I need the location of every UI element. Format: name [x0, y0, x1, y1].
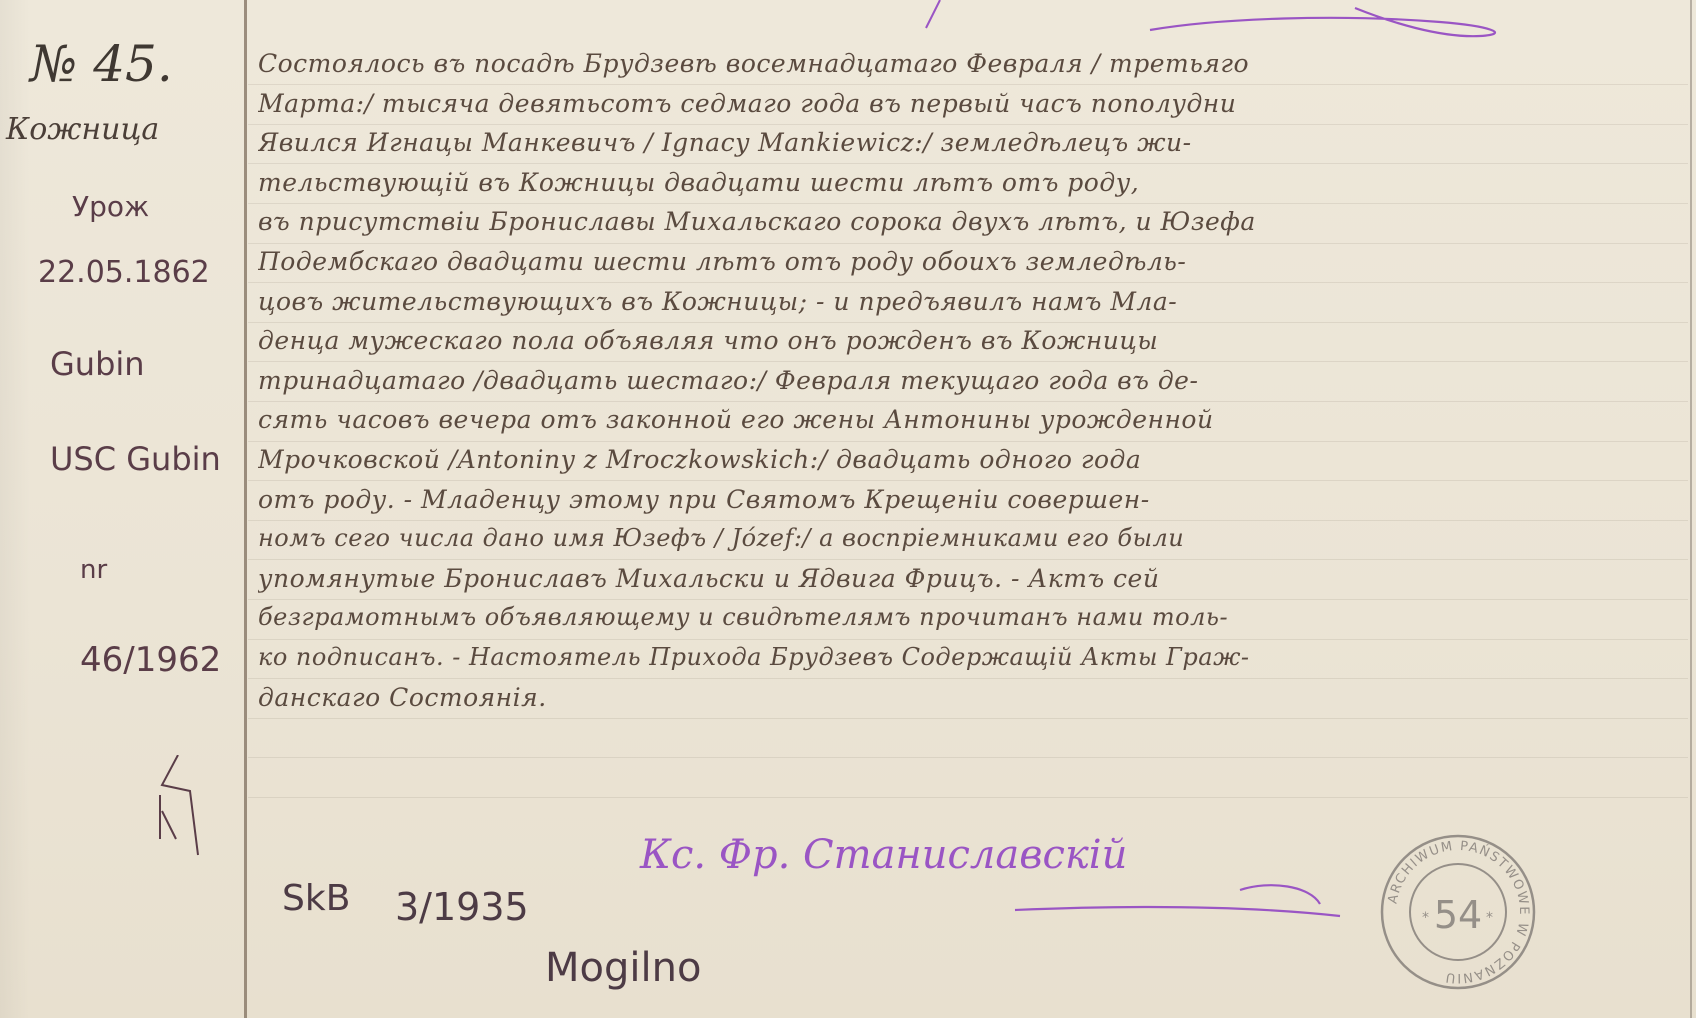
- svg-text:*: *: [1486, 910, 1493, 926]
- record-body: Состоялось въ посадѣ Брудзевѣ восемнадца…: [258, 44, 1678, 717]
- ruled-line: [248, 757, 1688, 758]
- margin-note: Gubin: [50, 345, 145, 383]
- signature-flourish-icon: [1140, 4, 1520, 40]
- svg-text:*: *: [1422, 910, 1429, 926]
- margin-note: Урож: [72, 190, 149, 223]
- margin-note: nr: [80, 555, 107, 585]
- pencil-reference: SkB: [282, 878, 350, 919]
- text-line: цовъ жительствующихъ въ Кожницы; - и пре…: [258, 282, 1678, 322]
- text-line: тельствующій въ Кожницы двадцати шести л…: [258, 163, 1678, 203]
- archive-stamp-icon: ARCHIWUM PAŃSTWOWE W POZNANIU 54 * *: [1378, 832, 1538, 992]
- text-line: ко подписанъ. - Настоятель Прихода Брудз…: [258, 638, 1678, 678]
- margin-reference: 46/1962: [80, 640, 221, 680]
- text-line: отъ роду. - Младенцу этому при Святомъ К…: [258, 480, 1678, 520]
- ruled-line: [248, 718, 1688, 719]
- page-edge: [1690, 0, 1692, 1018]
- text-line: денца мужескаго пола объявляя что онъ ро…: [258, 321, 1678, 361]
- text-line: сять часовъ вечера отъ законной его жены…: [258, 400, 1678, 440]
- text-line: данскаго Состоянія.: [258, 678, 1678, 718]
- text-line: Явился Игнацы Манкевичъ / Ignacy Mankiew…: [258, 123, 1678, 163]
- ink-stroke-icon: [920, 0, 944, 30]
- pencil-reference: 3/1935: [395, 885, 529, 929]
- text-line: Состоялось въ посадѣ Брудзевѣ восемнадца…: [258, 44, 1678, 84]
- pencil-place: Mogilno: [545, 945, 701, 991]
- signature-underline-icon: [1010, 880, 1370, 920]
- margin-date: 22.05.1862: [38, 255, 210, 290]
- text-line: упомянутые Брониславъ Михальски и Ядвига…: [258, 559, 1678, 599]
- text-line: въ присутствіи Брониславы Михальскаго со…: [258, 202, 1678, 242]
- document-page: № 45. Кожница Урож 22.05.1862 Gubin USC …: [0, 0, 1696, 1018]
- margin-rule: [244, 0, 247, 1018]
- text-line: Подембскаго двадцати шести лѣтъ отъ роду…: [258, 242, 1678, 282]
- text-line: тринадцатаго /двадцать шестаго:/ Февраля…: [258, 361, 1678, 401]
- text-line: Марта:/ тысяча девятьсотъ седмаго года в…: [258, 84, 1678, 124]
- priest-signature: Кс. Фр. Станиславскій: [640, 832, 1127, 878]
- text-line: безграмотнымъ объявляющему и свидѣтелямъ…: [258, 598, 1678, 638]
- initials-mark-icon: [150, 755, 210, 865]
- margin-note: USC Gubin: [50, 440, 221, 478]
- entry-number: № 45.: [30, 35, 173, 93]
- svg-text:54: 54: [1434, 893, 1482, 937]
- text-line: номъ сего числа дано имя Юзефъ / Józef:/…: [258, 519, 1678, 559]
- ruled-line: [248, 797, 1688, 798]
- margin-column: № 45. Кожница Урож 22.05.1862 Gubin USC …: [0, 0, 240, 1018]
- text-line: Мрочковской /Antoniny z Mroczkowskich:/ …: [258, 440, 1678, 480]
- village-name: Кожница: [6, 112, 159, 147]
